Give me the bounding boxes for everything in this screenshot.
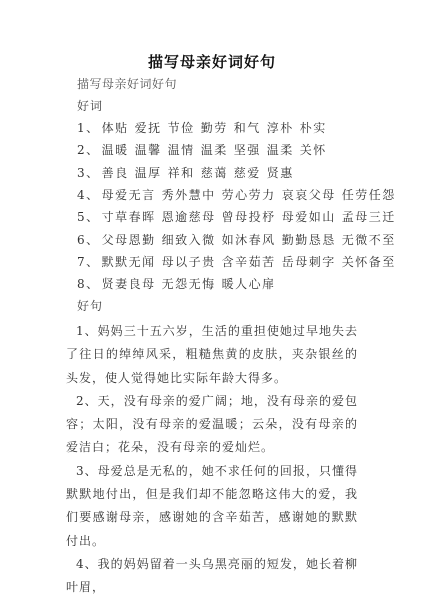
word-row: 2、温暖温馨温情温柔坚强温柔关怀 [77,139,333,161]
word-row-number: 7、 [77,255,100,269]
word-item: 温情 [168,143,195,157]
word-item: 慈爱 [234,166,261,180]
word-item: 节俭 [168,121,195,135]
word-row-number: 5、 [77,210,100,224]
word-row: 1、体贴爱抚节俭勤劳和气淳朴朴实 [77,117,333,139]
word-item: 细致入微 [162,233,216,247]
word-row-number: 3、 [77,166,100,180]
word-item: 温暖 [102,143,129,157]
word-row-number: 6、 [77,233,100,247]
word-row: 5、寸草春晖恩逾慈母曾母投杼母爱如山孟母三迁 [77,206,402,228]
word-item: 寸草春晖 [102,210,156,224]
word-item: 无微不至 [342,233,396,247]
word-item: 岳母刺字 [282,255,336,269]
word-item: 曾母投杼 [222,210,276,224]
word-item: 秀外慧中 [162,188,216,202]
sentences-heading: 好句 [77,295,103,317]
word-row-number: 2、 [77,143,100,157]
word-item: 孟母三迁 [342,210,396,224]
word-row: 3、善良温厚祥和慈蔼慈爱贤惠 [77,162,300,184]
word-item: 爱抚 [135,121,162,135]
word-item: 母爱如山 [282,210,336,224]
word-item: 温柔 [267,143,294,157]
word-item: 坚强 [234,143,261,157]
words-heading: 好词 [77,95,103,117]
word-item: 哀哀父母 [282,188,336,202]
word-item: 贤妻良母 [102,277,156,291]
word-item: 慈蔼 [201,166,228,180]
word-row: 4、母爱无言秀外慧中劳心劳力哀哀父母任劳任怨 [77,184,402,206]
word-row: 6、父母恩勤细致入微如沐春风勤勤恳恳无微不至 [77,229,402,251]
word-item: 贤惠 [267,166,294,180]
word-row: 7、默默无闻母以子贵含辛茹苦岳母刺字关怀备至 [77,251,402,273]
word-item: 温馨 [135,143,162,157]
word-item: 朴实 [300,121,327,135]
word-item: 恩逾慈母 [162,210,216,224]
word-item: 母爱无言 [102,188,156,202]
word-item: 任劳任怨 [342,188,396,202]
word-item: 父母恩勤 [102,233,156,247]
sentence-paragraph: 3、母爱总是无私的，她不求任何的回报，只懂得默默地付出，但是我们却不能忽略这伟大… [66,460,358,553]
word-row: 8、贤妻良母无怨无悔暖人心扉 [77,273,282,295]
sentence-paragraph: 2、天，没有母亲的爱广阔；地，没有母亲的爱包容；太阳，没有母亲的爱温暖；云朵，没… [66,390,358,460]
word-item: 暖人心扉 [222,277,276,291]
word-item: 祥和 [168,166,195,180]
document-page: 描写母亲好词好句 描写母亲好词好句 好词 1、体贴爱抚节俭勤劳和气淳朴朴实2、温… [0,0,424,600]
document-title: 描写母亲好词好句 [0,51,424,73]
word-item: 淳朴 [267,121,294,135]
word-item: 劳心劳力 [222,188,276,202]
word-item: 无怨无悔 [162,277,216,291]
sentence-paragraph: 1、妈妈三十五六岁，生活的重担使她过早地失去了往日的绰绰风采，粗糙焦黄的皮肤，夹… [66,320,358,390]
word-item: 含辛茹苦 [222,255,276,269]
word-item: 体贴 [102,121,129,135]
word-item: 默默无闻 [102,255,156,269]
word-row-number: 1、 [77,121,100,135]
word-item: 和气 [234,121,261,135]
word-item: 如沐春风 [222,233,276,247]
word-item: 温厚 [135,166,162,180]
document-subtitle: 描写母亲好词好句 [77,73,177,95]
word-item: 关怀 [300,143,327,157]
word-item: 勤勤恳恳 [282,233,336,247]
word-row-number: 4、 [77,188,100,202]
word-item: 温柔 [201,143,228,157]
word-item: 关怀备至 [342,255,396,269]
word-item: 善良 [102,166,129,180]
word-row-number: 8、 [77,277,100,291]
sentence-paragraph: 4、我的妈妈留着一头乌黑亮丽的短发，她长着柳叶眉， [66,553,358,600]
word-item: 勤劳 [201,121,228,135]
sentence-list: 1、妈妈三十五六岁，生活的重担使她过早地失去了往日的绰绰风采，粗糙焦黄的皮肤，夹… [66,320,358,600]
word-item: 母以子贵 [162,255,216,269]
